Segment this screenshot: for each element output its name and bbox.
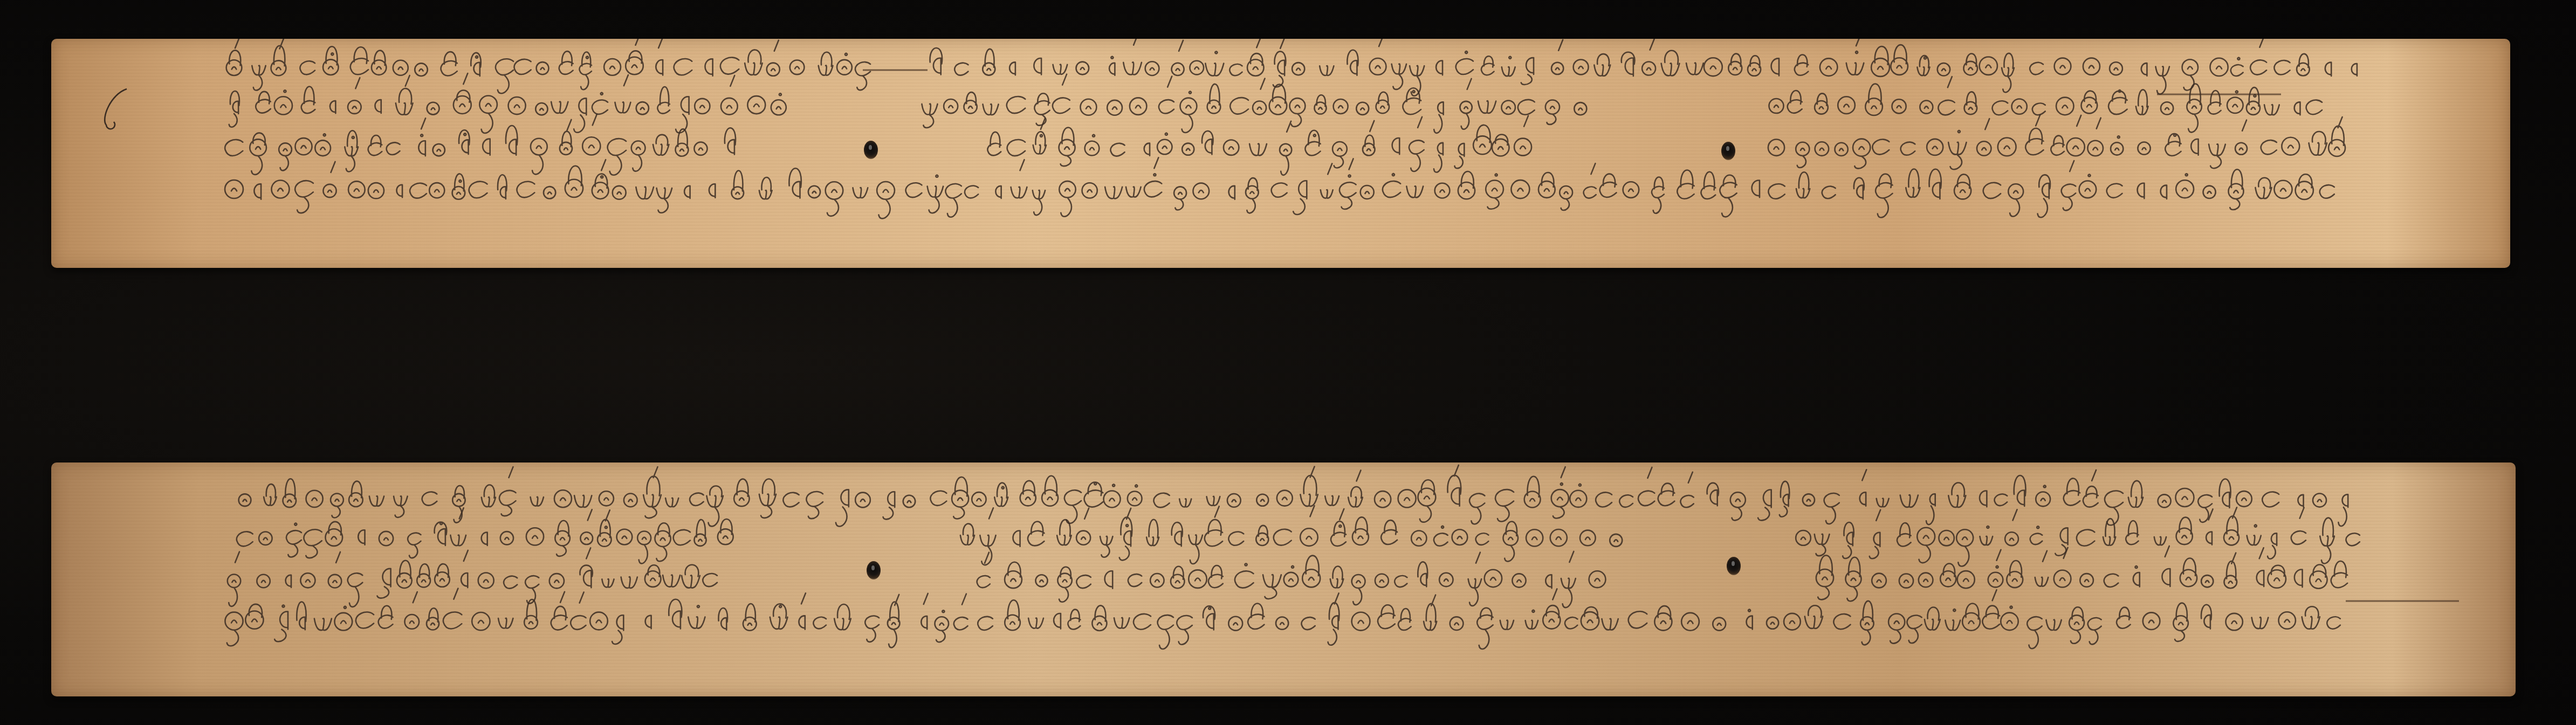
script-line-3 xyxy=(228,546,2347,607)
script-segment xyxy=(960,506,1622,565)
script-line-3 xyxy=(225,114,2345,175)
script-segment xyxy=(228,548,717,607)
manuscript-script-layer xyxy=(51,39,2510,268)
manuscript-script-layer xyxy=(51,462,2516,696)
script-line-2 xyxy=(229,73,2322,133)
script-line-1 xyxy=(226,39,2357,96)
script-segment xyxy=(237,508,733,563)
string-hole-1 xyxy=(864,141,878,159)
script-segment xyxy=(1768,115,2345,169)
string-hole-2 xyxy=(1721,142,1735,160)
script-segment xyxy=(1816,546,2347,601)
palm-leaf-bottom xyxy=(51,462,2516,696)
script-segment xyxy=(225,157,2334,218)
string-hole-1 xyxy=(867,561,881,579)
script-segment xyxy=(1796,507,2360,566)
page-number-marker xyxy=(105,89,127,129)
string-hole-2 xyxy=(1727,557,1741,575)
script-line-4 xyxy=(225,157,2334,218)
script-segment xyxy=(229,73,786,133)
script-segment xyxy=(922,74,1586,133)
script-segment xyxy=(225,114,736,175)
script-segment xyxy=(930,39,2357,96)
script-segment xyxy=(239,465,2348,527)
palm-leaf-top xyxy=(51,39,2510,268)
script-segment xyxy=(1769,77,2322,132)
script-segment xyxy=(226,39,870,93)
script-line-2 xyxy=(237,506,2360,566)
script-line-1 xyxy=(239,465,2348,527)
script-segment xyxy=(987,116,1531,175)
script-segment xyxy=(225,589,2340,650)
script-line-4 xyxy=(225,589,2340,650)
